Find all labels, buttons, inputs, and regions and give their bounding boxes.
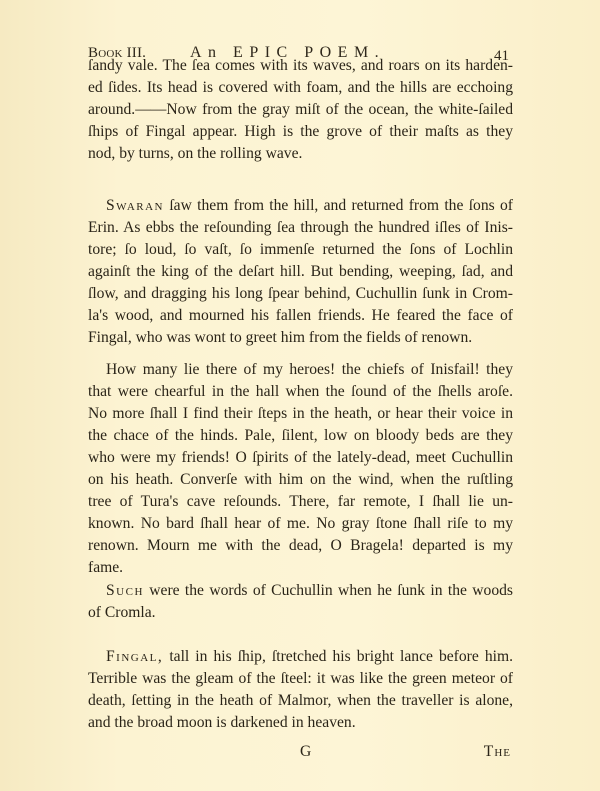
paragraph-1: ſandy vale. The ſea comes with its waves…: [88, 55, 513, 165]
line-rest: were the words of Cuchullin when he ſunk…: [144, 582, 513, 599]
text-line: on his heath. Converſe with him on the w…: [88, 469, 513, 491]
lead-word: Such: [106, 582, 144, 599]
text-line: ſhips of Fingal appear. High is the grov…: [88, 121, 513, 143]
catchword: The: [484, 743, 511, 761]
text-line: Erin. As ebbs the reſounding ſea through…: [88, 217, 513, 239]
text-line: How many lie there of my heroes! the chi…: [88, 359, 513, 381]
signature-mark: G: [300, 743, 311, 761]
text-line: who were my friends! O ſpirits of the la…: [88, 447, 513, 469]
text-line: Fingal, who was wont to greet him from t…: [88, 327, 513, 349]
text-line: tree of Tura's cave reſounds. There, far…: [88, 491, 513, 513]
text-line: renown. Mourn me with the dead, O Bragel…: [88, 535, 513, 557]
paragraph-2: Swaran ſaw them from the hill, and retur…: [88, 195, 513, 349]
text-line: nod, by turns, on the rolling wave.: [88, 143, 513, 165]
text-line: known. No bard ſhall hear of me. No gray…: [88, 513, 513, 535]
text-line: around.——Now from the gray miſt of the o…: [88, 99, 513, 121]
text-line: death, ſetting in the heath of Malmor, w…: [88, 690, 513, 712]
text-line: ſandy vale. The ſea comes with its waves…: [88, 55, 513, 77]
paragraph-3: How many lie there of my heroes! the chi…: [88, 359, 513, 579]
text-line: that were chearful in the hall when the …: [88, 381, 513, 403]
line-rest: ſaw them from the hill, and returned fro…: [164, 197, 513, 214]
text-line: fame.: [88, 557, 513, 579]
lead-word: Fingal,: [106, 648, 163, 665]
lead-word: Swaran: [106, 197, 164, 214]
paragraph-5: Fingal, tall in his ſhip, ſtretched his …: [88, 646, 513, 734]
paragraph-4: Such were the words of Cuchullin when he…: [88, 580, 513, 624]
line-rest: tall in his ſhip, ſtretched his bright l…: [163, 648, 513, 665]
text-line: ed ſides. Its head is covered with foam,…: [88, 77, 513, 99]
text-line: the chace of the hinds. Pale, ſilent, lo…: [88, 425, 513, 447]
text-line: of Cromla.: [88, 602, 513, 624]
text-line: No more ſhall I find their ſteps in the …: [88, 403, 513, 425]
text-line: againſt the king of the deſart hill. But…: [88, 261, 513, 283]
text-line: Such were the words of Cuchullin when he…: [88, 580, 513, 602]
text-line: ſlow, and dragging his long ſpear behind…: [88, 283, 513, 305]
text-line: tore; ſo loud, ſo vaſt, ſo immenſe retur…: [88, 239, 513, 261]
text-line: la's wood, and mourned his fallen friend…: [88, 305, 513, 327]
text-line: and the broad moon is darkened in heaven…: [88, 712, 513, 734]
text-line: Fingal, tall in his ſhip, ſtretched his …: [88, 646, 513, 668]
text-line: Swaran ſaw them from the hill, and retur…: [88, 195, 513, 217]
text-line: Terrible was the gleam of the ſteel: it …: [88, 668, 513, 690]
